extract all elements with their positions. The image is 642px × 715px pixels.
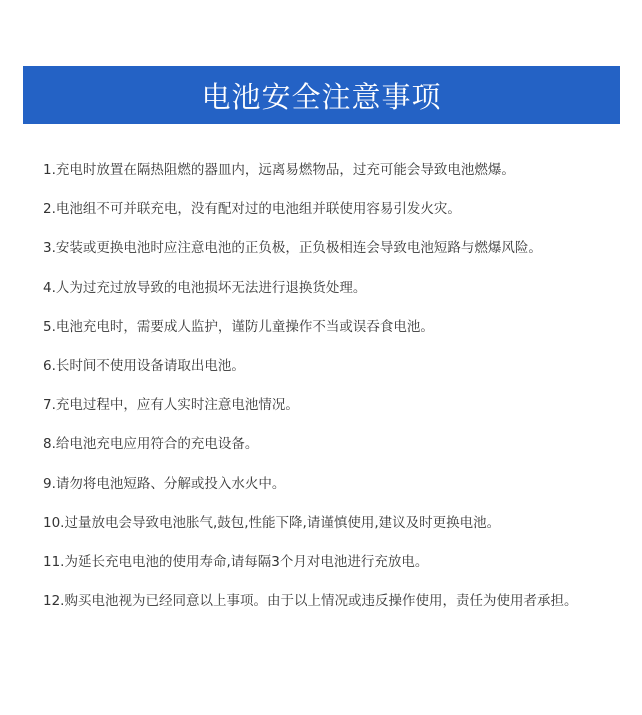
list-item: 9.请勿将电池短路、分解或投入水火中。 [43, 471, 577, 510]
title-banner: 电池安全注意事项 [23, 66, 620, 124]
list-item: 7.充电过程中，应有人实时注意电池情况。 [43, 392, 577, 431]
list-item: 12.购买电池视为已经同意以上事项。由于以上情况或违反操作使用，责任为使用者承担… [43, 588, 577, 627]
safety-notes-list: 1.充电时放置在隔热阻燃的器皿内，远离易燃物品，过充可能会导致电池燃爆。 2.电… [43, 157, 577, 627]
list-item: 8.给电池充电应用符合的充电设备。 [43, 431, 577, 470]
list-item: 2.电池组不可并联充电，没有配对过的电池组并联使用容易引发火灾。 [43, 196, 577, 235]
list-item: 1.充电时放置在隔热阻燃的器皿内，远离易燃物品，过充可能会导致电池燃爆。 [43, 157, 577, 196]
list-item: 6.长时间不使用设备请取出电池。 [43, 353, 577, 392]
list-item: 11.为延长充电电池的使用寿命,请每隔3个月对电池进行充放电。 [43, 549, 577, 588]
list-item: 10.过量放电会导致电池胀气,鼓包,性能下降,请谨慎使用,建议及时更换电池。 [43, 510, 577, 549]
page-title: 电池安全注意事项 [201, 75, 441, 116]
list-item: 4.人为过充过放导致的电池损坏无法进行退换货处理。 [43, 275, 577, 314]
list-item: 3.安装或更换电池时应注意电池的正负极，正负极相连会导致电池短路与燃爆风险。 [43, 235, 577, 274]
list-item: 5.电池充电时，需要成人监护，谨防儿童操作不当或误吞食电池。 [43, 314, 577, 353]
